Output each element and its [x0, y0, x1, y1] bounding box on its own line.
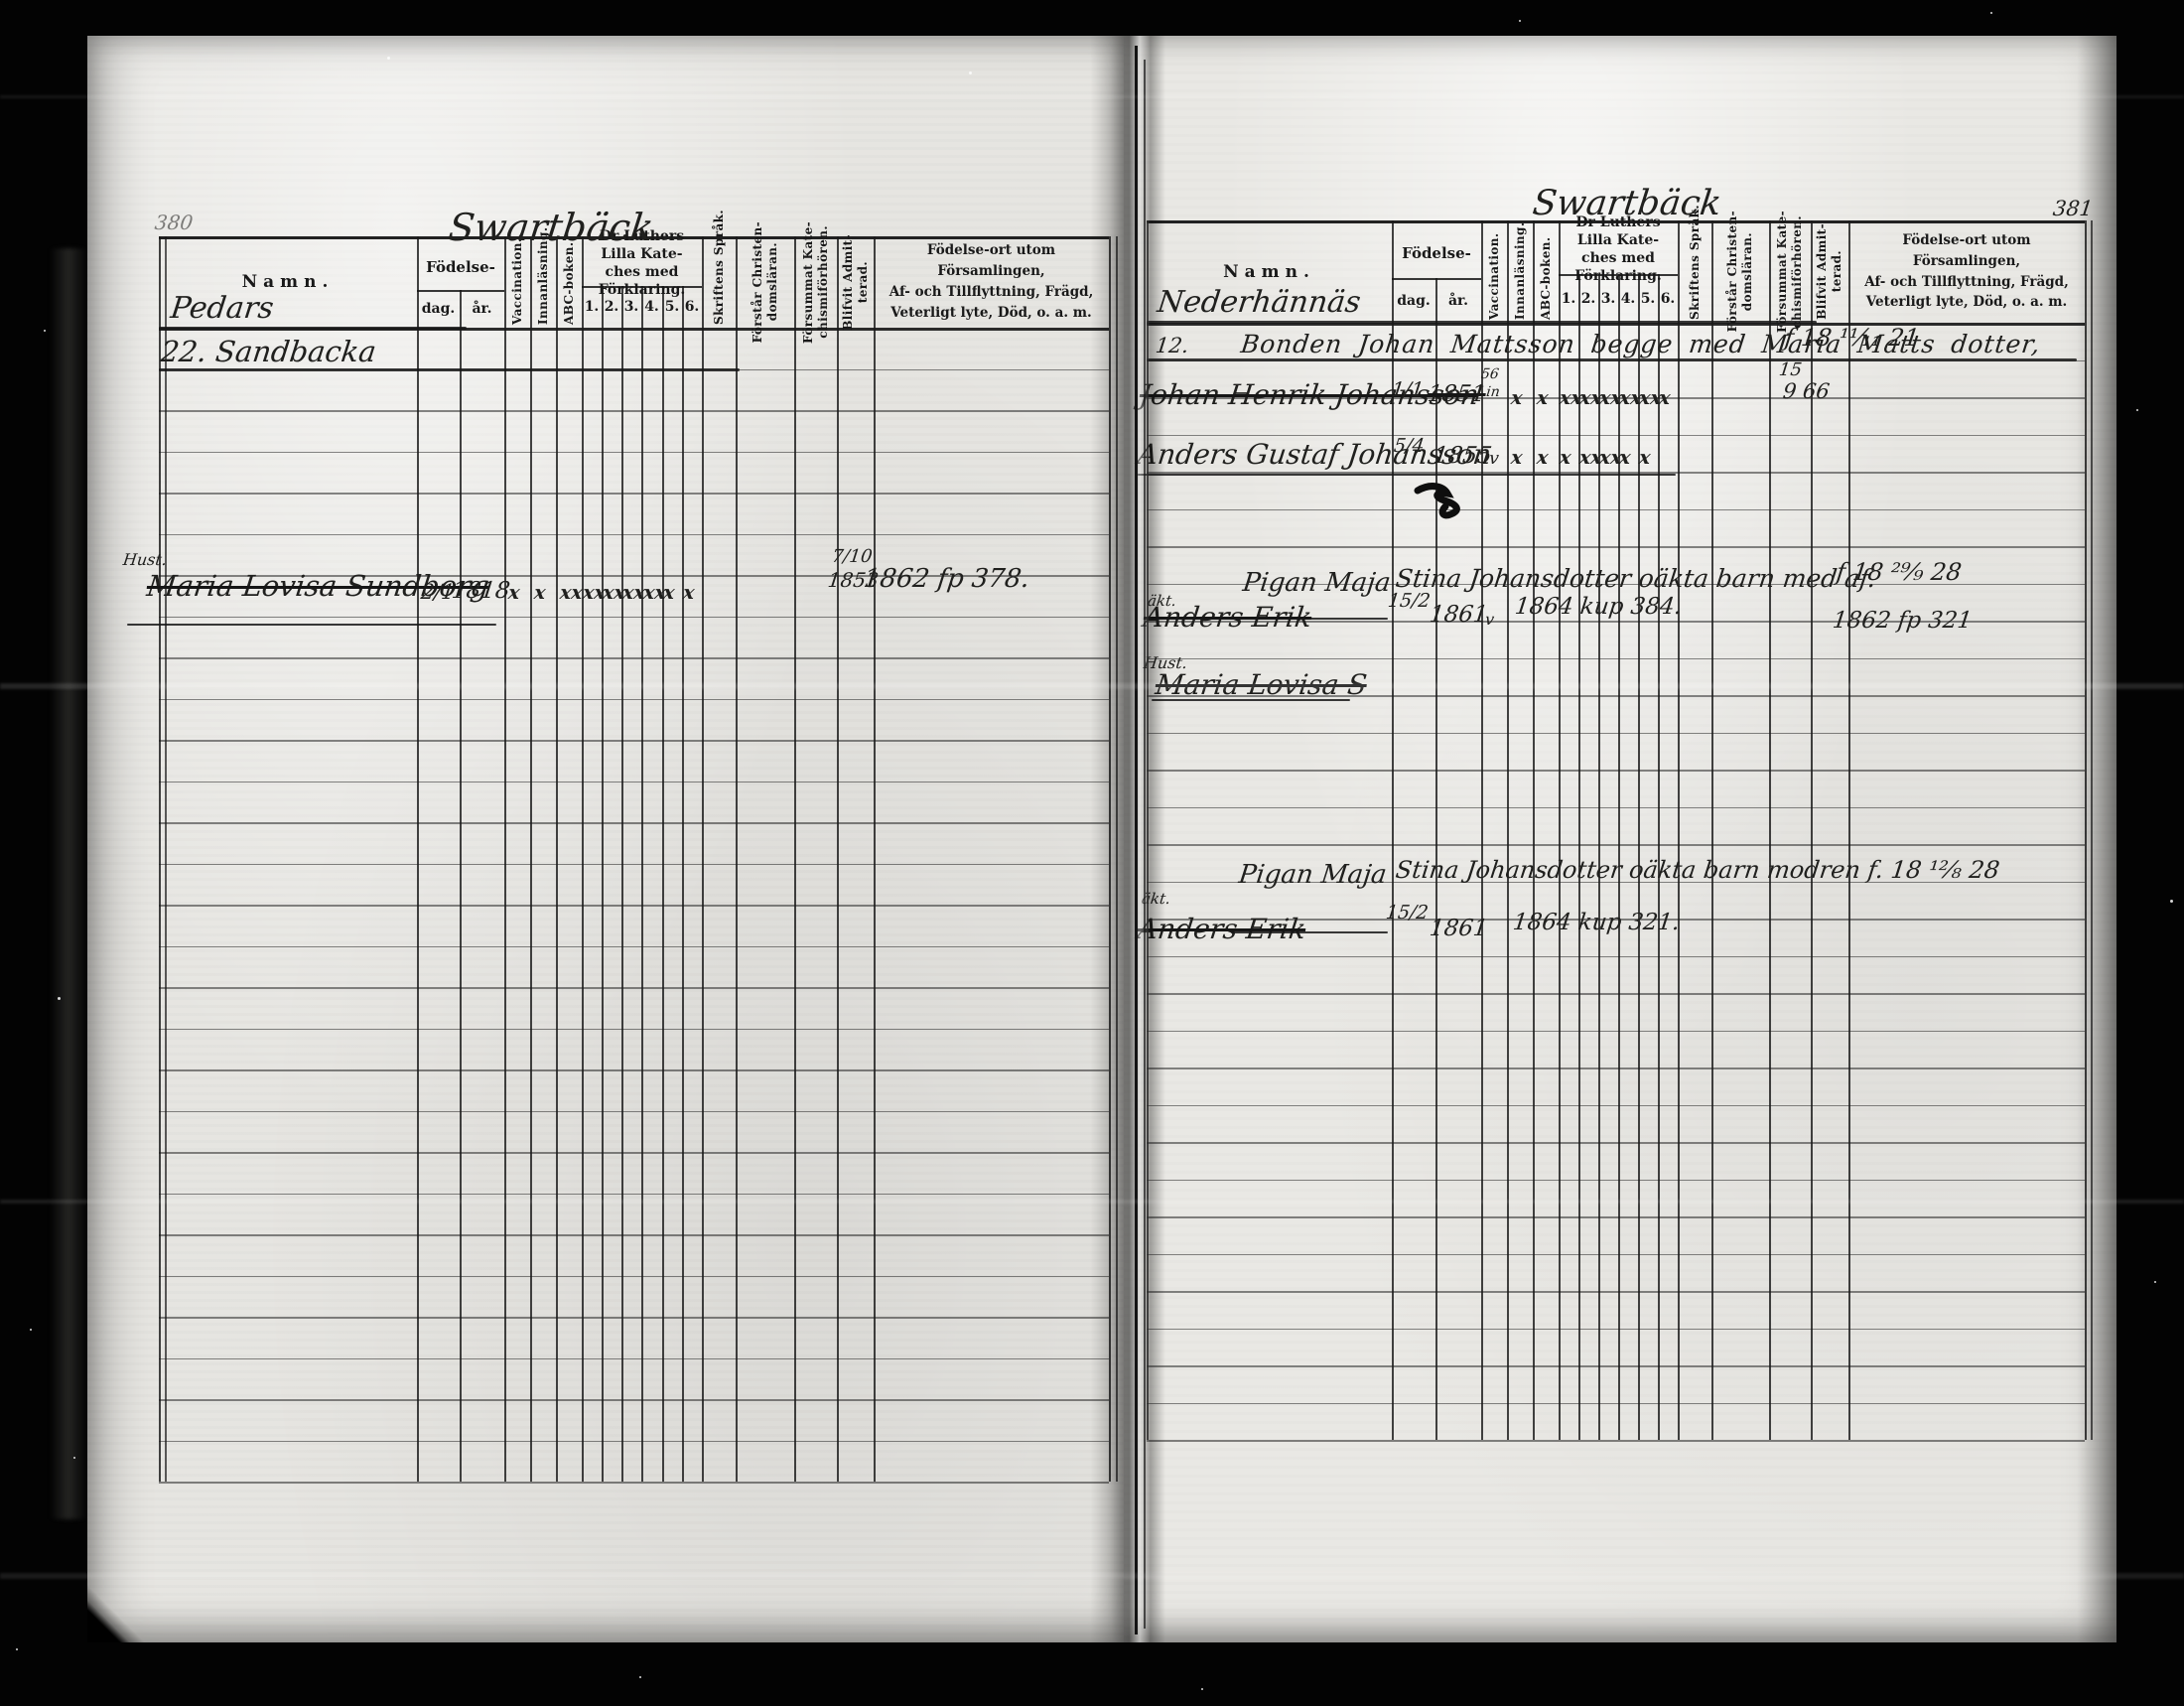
column-line	[1711, 220, 1713, 1440]
rule-line	[1147, 658, 2085, 660]
rule-line	[159, 946, 1109, 948]
rule-line	[159, 410, 1109, 412]
column-header-kateches-5: 5.	[1638, 274, 1658, 323]
dust-speck	[73, 1457, 75, 1459]
column-header-kateches-6: 6.	[1658, 274, 1678, 323]
column-line	[530, 236, 532, 1482]
piga1-name: Anders Erik	[1142, 604, 1313, 632]
column-line	[582, 236, 584, 1482]
family-number: 12.	[1155, 336, 1190, 356]
left-row-prefix: Hust.	[122, 552, 168, 568]
strike-tail	[1231, 931, 1388, 933]
dust-speck	[44, 330, 46, 332]
column-header-vertical-text: chismiförhören.	[817, 225, 830, 339]
column-header-forstar: Förstår Christen-domsläran.	[736, 236, 794, 328]
dust-speck	[2170, 900, 2173, 903]
hand-underline	[159, 368, 740, 371]
column-header-vertical-text: Förstår Christen-	[751, 221, 764, 343]
rule-line	[1147, 1142, 2085, 1144]
column-header-vertical-text: domsläran.	[766, 242, 779, 321]
column-header-vertical-text: Förstår Christen-	[1726, 211, 1739, 332]
column-header-kateches-3: 3.	[1598, 274, 1618, 323]
column-line	[602, 286, 604, 1482]
rule-line	[1147, 546, 2085, 548]
column-line	[794, 236, 796, 1482]
column-header-forsummat: Försummat Kate-chismiförhören.	[1769, 220, 1811, 323]
rule-line	[1147, 733, 2085, 735]
column-header-vertical-text: Försummat Kate-	[1776, 211, 1789, 333]
rule-line	[159, 987, 1109, 989]
column-header-forsummat: Försummat Kate-chismiförhören.	[794, 236, 837, 328]
piga1-mid-note: 1864 kup 384.	[1514, 596, 1684, 619]
dust-speck	[1990, 12, 1992, 14]
rule-line	[1147, 770, 2085, 772]
rule-line	[159, 1029, 1109, 1031]
son1-birth-day: 1/1	[1391, 379, 1426, 399]
reading-mark: x	[1638, 449, 1652, 468]
page-corner-curl	[87, 1581, 151, 1642]
dust-speck	[639, 1676, 641, 1678]
rule-line	[1147, 1291, 2085, 1293]
column-header-vertical-text: chismiförhören.	[1791, 215, 1804, 329]
column-header-abc: ABC-boken.	[1533, 220, 1559, 323]
column-header-innanlasning: Innanläsning.	[530, 236, 556, 328]
reading-mark: x	[507, 584, 521, 603]
rule-line	[159, 1399, 1109, 1401]
column-line	[556, 236, 558, 1482]
reading-mark: x	[1510, 389, 1524, 408]
rule-line	[159, 864, 1109, 866]
rule-line	[159, 493, 1109, 495]
dust-speck	[30, 1329, 32, 1331]
column-header-innanlasning: Innanläsning.	[1507, 220, 1533, 323]
reading-mark: x	[1658, 389, 1672, 408]
rule-line	[159, 1482, 1109, 1484]
piga1-right-note: 1862 fp 321	[1832, 610, 1974, 633]
rule-line	[159, 1234, 1109, 1236]
hust-name: Maria Lovisa S	[1154, 671, 1368, 699]
column-line	[1109, 236, 1111, 1482]
column-header-kateches-4: 4.	[1618, 274, 1638, 323]
column-line	[1848, 220, 1850, 1440]
rule-line	[159, 1194, 1109, 1196]
column-header-vertical-text: Blifvit Admit-	[1816, 223, 1829, 320]
family-head-note: f 18 ¹¹⁄₁₁ 21	[1784, 326, 1921, 350]
village-title-right: Swartbäck	[1531, 187, 1723, 221]
rule-line	[1147, 1180, 2085, 1182]
rule-line	[1147, 1403, 2085, 1405]
scan-smear	[50, 248, 87, 1519]
column-header-forstar: Förstår Christen-domsläran.	[1711, 220, 1769, 323]
column-line	[874, 236, 876, 1482]
dust-speck	[387, 57, 390, 60]
dust-speck	[969, 71, 972, 74]
column-header-abc: ABC-boken.	[556, 236, 582, 328]
hand-underline	[1138, 474, 1676, 476]
hand-underline	[1147, 321, 1817, 324]
column-header-ar: år.	[460, 290, 504, 328]
hand-underline	[127, 624, 496, 626]
column-header-blifvit: Blifvit Admit-terad.	[1811, 220, 1848, 323]
rule-line	[159, 1276, 1109, 1278]
column-header-kateches-5: 5.	[662, 286, 682, 328]
reading-mark: x	[1510, 449, 1524, 468]
son1-admit-year: 9 66	[1782, 381, 1831, 402]
page-number-right: 381	[2052, 199, 2095, 219]
rule-line	[159, 1441, 1109, 1443]
column-header-kateches-1: 1.	[1559, 274, 1578, 323]
rule-line	[1147, 509, 2085, 511]
piga2-name: Anders Erik	[1136, 916, 1307, 943]
rule-line	[1147, 1067, 2085, 1069]
rule-line	[1147, 993, 2085, 995]
scanned-parish-register: Namn.Födelse-dag.år.Vaccination.Innanläs…	[0, 0, 2184, 1706]
column-header-vertical-text: Skriftens Språk.	[713, 239, 726, 325]
son1-vaccination-bottom: Lin	[1476, 385, 1501, 399]
notes-header-line: Veterligt lyte, Död, o. a. m.	[1866, 292, 2067, 313]
column-line	[641, 286, 643, 1482]
rule-line	[159, 534, 1109, 536]
piga2-birth-year: 1861	[1429, 918, 1489, 940]
dust-speck	[58, 997, 61, 1000]
column-line	[159, 236, 161, 1482]
column-header-vertical-text: terad.	[1831, 250, 1843, 292]
notes-header-line: Veterligt lyte, Död, o. a. m.	[890, 303, 1091, 324]
rule-line	[159, 1152, 1109, 1154]
column-line	[165, 236, 167, 1482]
column-header-skriftens: Skriftens Språk.	[702, 236, 736, 328]
column-header-kateches-4: 4.	[641, 286, 662, 328]
column-header-fodelse: Födelse-	[1392, 228, 1481, 278]
column-header-vertical-text: ABC-boken.	[563, 239, 576, 325]
rule-line	[1147, 956, 2085, 958]
notes-header-line: Födelse-ort utom Församlingen,	[874, 240, 1109, 282]
left-row-birth-year: 1818	[451, 580, 511, 603]
column-header-notes: Födelse-ort utom Församlingen,Af- och Ti…	[874, 236, 1109, 328]
son2-vaccination: v	[1488, 451, 1500, 468]
village-title-left: Swartbäck	[447, 209, 656, 246]
rule-line	[159, 822, 1109, 824]
column-line	[702, 236, 704, 1482]
column-header-dag: dag.	[417, 290, 460, 328]
column-header-kateches-1: 1.	[582, 286, 602, 328]
reading-mark: x	[1536, 389, 1550, 408]
column-header-kateches-6: 6.	[682, 286, 702, 328]
column-line	[1769, 220, 1771, 1440]
reading-mark: x	[1559, 449, 1572, 468]
rule-line	[1147, 1216, 2085, 1218]
rule-line	[159, 905, 1109, 907]
column-line	[1533, 220, 1535, 1440]
rule-line	[1147, 1440, 2085, 1442]
column-line	[662, 286, 664, 1482]
rule-line	[159, 1358, 1109, 1360]
hand-underline	[1147, 358, 2077, 361]
dust-speck	[1201, 1688, 1203, 1690]
reading-mark: x	[662, 584, 676, 603]
son2-birth-year: 1855	[1433, 445, 1493, 468]
hand-underline	[1152, 699, 1350, 701]
piga2-mid-note: 1864 kup 321.	[1512, 912, 1682, 934]
column-line	[2085, 220, 2087, 1440]
column-header-kateches: Dr Luthers Lilla Kate-ches med Förklarin…	[1559, 224, 1678, 274]
column-line	[1507, 220, 1509, 1440]
rule-line	[159, 699, 1109, 701]
strike-tail	[1291, 618, 1388, 620]
rule-line	[159, 1069, 1109, 1071]
column-header-fodelse: Födelse-	[417, 244, 504, 290]
rule-line	[159, 452, 1109, 454]
piga1-lead: Pigan Maja	[1241, 570, 1392, 596]
piga1-birth-day: 15/2	[1387, 592, 1432, 611]
farm-entry-left: 22. Sandbacka	[159, 338, 377, 366]
column-header-vertical-text: Försummat Kate-	[802, 221, 815, 344]
dust-speck	[2136, 409, 2138, 411]
piga2-birth-day: 15/2	[1385, 904, 1430, 923]
piga2-lead: Pigan Maja	[1237, 862, 1388, 888]
son2-birth-day: 5/4	[1393, 437, 1426, 456]
column-line	[504, 236, 506, 1482]
column-line	[682, 286, 684, 1482]
dust-speck	[1519, 20, 1521, 22]
column-header-vertical-text: domsläran.	[1741, 232, 1754, 311]
column-header-kateches-2: 2.	[1578, 274, 1598, 323]
family-head-line: Bonden Johan Mattsson begge med Maria Ma…	[1239, 332, 2042, 356]
rule-line	[1147, 435, 2085, 437]
notes-header-line: Af- och Tillflyttning, Frägd,	[889, 282, 1094, 303]
column-line	[1678, 220, 1680, 1440]
farm-heading-right: Nederhännäs	[1156, 288, 1362, 318]
rule-line	[1147, 1329, 2085, 1331]
piga2-line: Stina Johansdotter oäkta barn modren f. …	[1395, 858, 2001, 882]
rule-line	[159, 740, 1109, 742]
column-header-dag: dag.	[1392, 278, 1435, 323]
column-line	[736, 236, 738, 1482]
ink-blot	[1414, 481, 1483, 520]
column-line	[1811, 220, 1813, 1440]
hand-underline	[159, 327, 467, 330]
rule-line	[159, 657, 1109, 659]
reading-mark: xx	[559, 584, 584, 603]
column-header-blifvit: Blifvit Admit-terad.	[837, 236, 874, 328]
column-header-ar: år.	[1435, 278, 1481, 323]
column-line	[837, 236, 839, 1482]
piga1-line: Stina Johansdotter oäkta barn med af.	[1394, 566, 1877, 591]
rule-line	[159, 1317, 1109, 1319]
column-line	[417, 236, 419, 1482]
reading-mark: x	[1536, 449, 1550, 468]
column-line	[621, 286, 623, 1482]
rule-line	[1147, 844, 2085, 846]
column-header-vertical-text: Innanläsning.	[537, 239, 550, 325]
column-header-vertical-text: Vaccination.	[511, 239, 524, 325]
fold-line	[1144, 60, 1146, 1629]
column-header-vaccination: Vaccination.	[504, 236, 530, 328]
son1-vaccination-top: 56	[1480, 367, 1500, 381]
column-header-kateches-3: 3.	[621, 286, 641, 328]
rule-line	[159, 617, 1109, 619]
reading-mark: x	[1618, 449, 1632, 468]
column-header-vertical-text: Innanläsning.	[1514, 223, 1527, 320]
reading-mark: x	[682, 584, 696, 603]
rule-line	[159, 1111, 1109, 1113]
column-header-vertical-text: terad.	[857, 261, 870, 303]
dust-speck	[2154, 1281, 2156, 1283]
rule-line	[1147, 1031, 2085, 1033]
rule-line	[1147, 1365, 2085, 1367]
notes-header-line: Födelse-ort utom Församlingen,	[1848, 230, 2085, 272]
fold-line	[1135, 46, 1138, 1635]
column-header-vertical-text: Vaccination.	[1488, 223, 1501, 320]
column-line	[2091, 220, 2093, 1440]
piga1-birth-note: f 18 ²⁹⁄₉ 28	[1836, 560, 1964, 584]
rule-line	[159, 782, 1109, 783]
farm-heading-left: Pedars	[169, 294, 275, 324]
column-line	[1116, 236, 1118, 1482]
column-header-skriftens: Skriftens Språk.	[1678, 220, 1711, 323]
column-header-kateches-2: 2.	[602, 286, 621, 328]
column-header-vertical-text: Blifvit Admit-	[842, 234, 855, 331]
left-row-note: 1862 fp 378.	[862, 566, 1030, 592]
column-header-notes: Födelse-ort utom Församlingen,Af- och Ti…	[1848, 220, 2085, 323]
dust-speck	[16, 1648, 18, 1650]
column-line	[460, 290, 462, 1482]
son1-admit-day: 15	[1778, 361, 1803, 379]
notes-header-line: Af- och Tillflyttning, Frägd,	[1864, 272, 2069, 293]
column-header-vaccination: Vaccination.	[1481, 220, 1507, 323]
reading-mark: x	[533, 584, 547, 603]
page-number-left: 380	[154, 213, 195, 232]
column-header-vertical-text: ABC-boken.	[1540, 223, 1553, 320]
piga1-birth-year: 1861	[1429, 604, 1489, 627]
rule-line	[1147, 1105, 2085, 1107]
column-header-vertical-text: Skriftens Språk.	[1689, 223, 1702, 320]
rule-line	[1147, 807, 2085, 809]
rule-line	[1147, 1254, 2085, 1256]
